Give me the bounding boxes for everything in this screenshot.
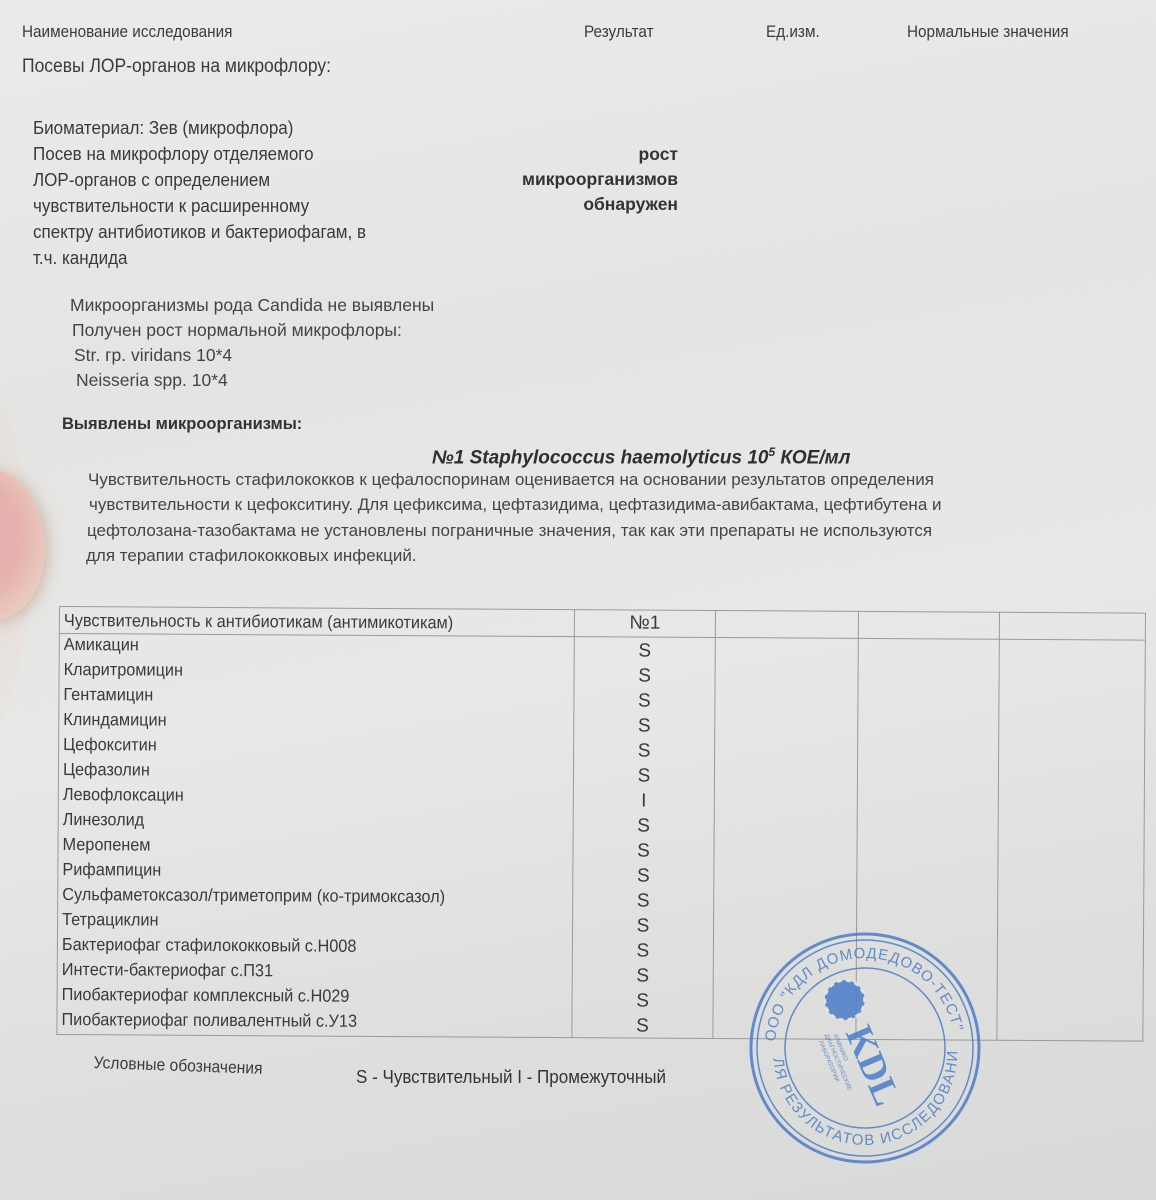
empty-cell — [998, 815, 1144, 841]
table-header-empty — [999, 612, 1145, 640]
lab-stamp: ООО "КДЛ ДОМОДЕДОВО-ТЕСТ" ДЛЯ РЕЗУЛЬТАТО… — [739, 922, 991, 1174]
antibiotic-name: Тетрациклин — [57, 909, 572, 937]
empty-cell — [715, 713, 858, 739]
empty-cell — [997, 965, 1143, 991]
empty-cell — [998, 890, 1144, 916]
result-col1: S — [572, 987, 713, 1013]
empty-cell — [999, 639, 1145, 665]
result-col1: S — [574, 712, 715, 738]
sensitivity-table: Чувствительность к антибиотикам (антимик… — [56, 606, 1146, 1042]
test-result-line: рост — [639, 144, 678, 165]
result-col1: S — [574, 662, 715, 688]
empty-cell — [998, 865, 1144, 891]
antibiotic-name: Бактериофаг стафилококковый с.Н008 — [57, 934, 572, 962]
empty-cell — [997, 1015, 1143, 1041]
empty-cell — [999, 665, 1145, 691]
detected-title: Выявлены микроорганизмы: — [62, 415, 302, 434]
table-header-empty — [715, 611, 858, 639]
column-header-unit: Ед.изм. — [766, 22, 820, 42]
result-col1: S — [573, 887, 714, 913]
note-line: для терапии стафилококковых инфекций. — [86, 546, 417, 566]
antibiotic-name: Пиобактериофаг комплексный с.Н029 — [57, 984, 572, 1012]
empty-cell — [997, 940, 1143, 966]
candida-result: Микроорганизмы рода Candida не выявлены — [70, 295, 434, 316]
legend-text: S - Чувствительный I - Промежуточный — [356, 1066, 666, 1088]
empty-cell — [715, 688, 858, 714]
empty-cell — [857, 864, 998, 890]
empty-cell — [997, 990, 1143, 1016]
result-col1: I — [573, 787, 714, 813]
empty-cell — [998, 765, 1144, 791]
result-col1: S — [574, 687, 715, 713]
empty-cell — [857, 839, 998, 865]
empty-cell — [714, 838, 857, 864]
normal-flora-title: Получен рост нормальной микрофлоры: — [72, 320, 402, 341]
column-header-norm: Нормальные значения — [907, 22, 1069, 42]
result-col1: S — [573, 862, 714, 888]
empty-cell — [715, 638, 858, 664]
note-line: чувствительности к цефокситину. Для цефи… — [89, 495, 942, 515]
result-col1: S — [573, 837, 714, 863]
stamp-icon: ООО "КДЛ ДОМОДЕДОВО-ТЕСТ" ДЛЯ РЕЗУЛЬТАТО… — [739, 922, 991, 1174]
empty-cell — [857, 789, 998, 815]
organism-title: №1 Staphylococcus haemolyticus 105 КОЕ/м… — [432, 445, 850, 469]
section-title: Посевы ЛОР-органов на микрофлору: — [22, 56, 331, 78]
empty-cell — [857, 814, 998, 840]
empty-cell — [714, 788, 857, 814]
empty-cell — [714, 888, 857, 914]
test-name-line: ЛОР-органов с определением — [33, 169, 270, 191]
result-col1: S — [574, 737, 715, 763]
empty-cell — [999, 715, 1145, 741]
test-name-line: т.ч. кандида — [33, 247, 127, 269]
antibiotic-name: Цефазолин — [58, 759, 573, 787]
note-line: Чувствительность стафилококков к цефалос… — [88, 470, 934, 490]
empty-cell — [858, 689, 999, 715]
empty-cell — [858, 739, 999, 765]
note-line: цефтолозана-тазобактама не установлены п… — [87, 521, 932, 541]
empty-cell — [715, 663, 858, 689]
test-name-line: Посев на микрофлору отделяемого — [33, 143, 314, 165]
finger — [0, 470, 45, 620]
antibiotic-name: Сульфаметоксазол/триметоприм (ко-тримокс… — [58, 884, 573, 912]
empty-cell — [997, 915, 1143, 941]
biomaterial: Биоматериал: Зев (микрофлора) — [33, 117, 293, 139]
empty-cell — [999, 690, 1145, 716]
result-col1: S — [572, 962, 713, 988]
antibiotic-name: Амикацин — [59, 634, 574, 663]
column-header-name: Наименование исследования — [22, 22, 232, 42]
antibiotic-name: Рифампицин — [58, 859, 573, 887]
empty-cell — [857, 889, 998, 915]
antibiotic-name: Пиобактериофаг поливалентный с.У13 — [57, 1009, 572, 1038]
result-col1: S — [574, 637, 715, 663]
antibiotic-name: Меропенем — [58, 834, 573, 862]
antibiotic-name: Линезолид — [58, 809, 573, 837]
empty-cell — [714, 763, 857, 789]
empty-cell — [714, 813, 857, 839]
empty-cell — [857, 764, 998, 790]
table-header-empty — [858, 611, 999, 639]
svg-text:KDL: KDL — [837, 1020, 908, 1112]
test-name-line: спектру антибиотиков и бактериофагам, в — [33, 221, 366, 243]
antibiotic-name: Гентамицин — [59, 684, 574, 712]
empty-cell — [998, 790, 1144, 816]
test-result-line: обнаружен — [583, 194, 678, 215]
column-header-result: Результат — [584, 22, 654, 42]
empty-cell — [714, 863, 857, 889]
test-result-line: микроорганизмов — [522, 169, 678, 190]
result-col1: S — [573, 762, 714, 788]
test-name-line: чувствительности к расширенному — [33, 195, 309, 217]
empty-cell — [999, 740, 1145, 766]
empty-cell — [858, 638, 999, 664]
result-col1: S — [572, 1012, 713, 1038]
empty-cell — [715, 738, 858, 764]
organism-unit: КОЕ/мл — [775, 447, 850, 468]
table-header-col1: №1 — [574, 610, 715, 638]
antibiotic-name: Левофлоксацин — [58, 784, 573, 812]
empty-cell — [858, 664, 999, 690]
antibiotic-name: Интести-бактериофаг с.П31 — [57, 959, 572, 987]
legend-label: Условные обозначения — [93, 1053, 263, 1079]
normal-flora-item: Str. гр. viridans 10*4 — [74, 345, 232, 366]
empty-cell — [998, 840, 1144, 866]
result-col1: S — [572, 937, 713, 963]
empty-cell — [858, 714, 999, 740]
antibiotic-name: Клиндамицин — [59, 709, 574, 737]
antibiotic-name: Цефокситин — [59, 734, 574, 762]
organism-name: №1 Staphylococcus haemolyticus 10 — [432, 447, 768, 468]
table-header-name: Чувствительность к антибиотикам (антимик… — [59, 607, 574, 637]
normal-flora-item: Neisseria spp. 10*4 — [76, 370, 228, 391]
antibiotic-name: Кларитромицин — [59, 659, 574, 687]
result-col1: S — [572, 912, 713, 938]
result-col1: S — [573, 812, 714, 838]
